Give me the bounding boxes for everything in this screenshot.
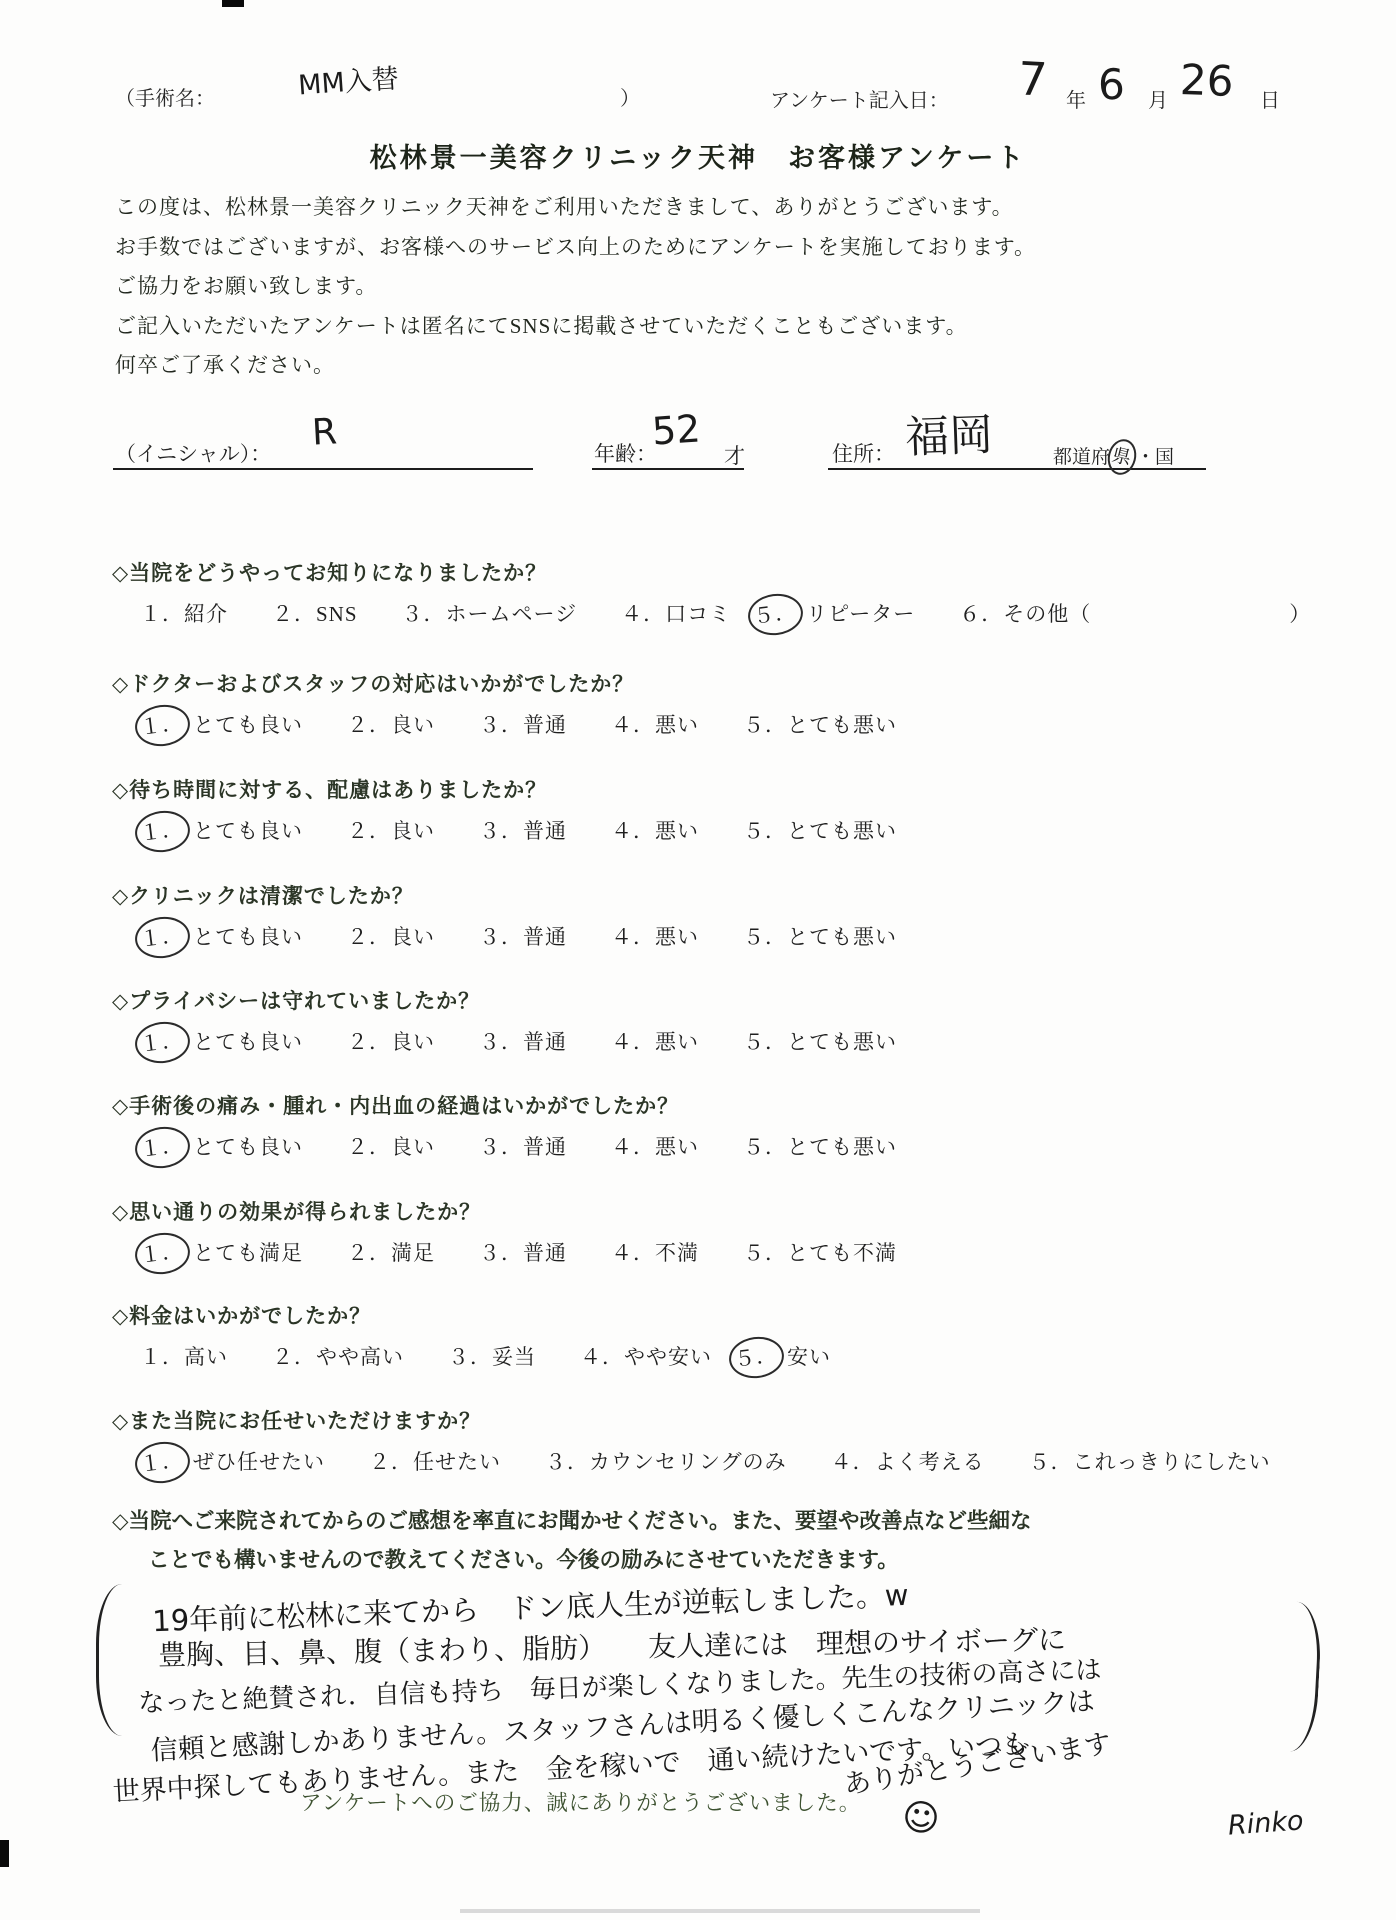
address-value: 福岡 [904,398,994,465]
circled-answer: １． [133,808,193,855]
circled-answer: ５． [746,591,806,638]
question-options: １．とても良い ２．良い ３．普通 ４．悪い ５．とても悪い [140,815,897,846]
question-options: １．とても満足 ２．満足 ３．普通 ４．不満 ５．とても不満 [140,1237,897,1268]
options-after: リピーター ６．その他（ ） [806,602,1311,626]
survey-scan-page: （手術名： MM入替 ） アンケート記入日： 7 年 6 月 26 日 松林景一… [0,0,1396,1920]
question-heading: ◇プライバシーは守れていましたか？ [112,985,480,1015]
intro-line: この度は、松林景一美容クリニック天神をご利用いただきまして、ありがとうございます… [115,188,1036,228]
surgery-name-close-paren: ） [620,82,640,111]
handwritten-signature: Rinko [1227,1805,1305,1841]
options-before: １．高い ２．やや高い ３．妥当 ４．やや安い [140,1345,734,1369]
intro-paragraph: この度は、松林景一美容クリニック天神をご利用いただきまして、ありがとうございます… [115,188,1036,386]
page-title: 松林景一美容クリニック天神 お客様アンケート [0,136,1396,175]
age-label: 年齢： [594,438,657,468]
address-label: 住所： [832,438,895,468]
question-options: １．ぜひ任せたい ２．任せたい ３．カウンセリングのみ ４．よく考える ５．これ… [140,1446,1271,1477]
survey-date-day-value: 26 [1179,55,1234,106]
intro-line: 何卒ご了承ください。 [115,346,1036,386]
scan-artifact-top [222,0,244,7]
question-options: １．高い ２．やや高い ３．妥当 ４．やや安い ５．安い [140,1341,831,1372]
question-options: １．とても良い ２．良い ３．普通 ４．悪い ５．とても悪い [140,1131,897,1162]
intro-line: ご記入いただいたアンケートは匿名にてSNSに掲載させていただくこともございます。 [115,307,1036,347]
scan-artifact-left [0,1840,9,1867]
circled-answer: １． [133,1230,193,1277]
options-after: とても満足 ２．満足 ３．普通 ４．不満 ５．とても不満 [193,1241,897,1265]
hand-drawn-bracket-right [1278,1601,1323,1753]
circled-answer: １． [133,1439,193,1486]
options-after: とても良い ２．良い ３．普通 ４．悪い ５．とても悪い [193,819,897,843]
question-options: １．とても良い ２．良い ３．普通 ４．悪い ５．とても悪い [140,1026,897,1057]
circled-answer: １． [133,1124,193,1171]
question-heading: ◇ドクターおよびスタッフの対応はいかがでしたか？ [112,668,634,698]
region-after: ・国 [1136,447,1174,468]
surgery-name-value: MM入替 [297,57,400,103]
options-after: とても良い ２．良い ３．普通 ４．悪い ５．とても悪い [193,1030,897,1054]
hand-drawn-bracket-left [96,1584,133,1736]
circled-answer: １． [133,702,193,749]
survey-date-month-unit: 月 [1148,84,1168,113]
question-heading: ◇待ち時間に対する、配慮はありましたか？ [112,774,547,804]
printed-closing-line: アンケートへのご協力、誠にありがとうございました。 [300,1786,861,1817]
region-before: 都道府 [1053,447,1110,468]
comment-prompt-line: ◇当院へご来院されてからのご感想を率直にお聞かせください。また、要望や改善点など… [112,1504,1032,1535]
question-heading: ◇思い通りの効果が得られましたか？ [112,1196,481,1226]
options-after: とても良い ２．良い ３．普通 ４．悪い ５．とても悪い [193,925,897,949]
survey-date-year-value: 7 [1017,51,1049,106]
question-heading: ◇クリニックは清潔でしたか？ [112,880,414,910]
survey-date-month-value: 6 [1097,60,1125,110]
question-heading: ◇料金はいかがでしたか？ [112,1300,371,1330]
comment-prompt-line: ことでも構いませんので教えてください。今後の励みにさせていただきます。 [148,1543,899,1574]
surgery-name-label: （手術名： [115,82,215,111]
question-heading: ◇当院をどうやってお知りになりましたか？ [112,557,547,587]
circled-answer: １． [133,1019,193,1066]
age-underline [592,468,744,470]
scan-artifact-bottom [460,1909,980,1913]
initial-label: （イニシャル）： [115,438,271,468]
options-after: とても良い ２．良い ３．普通 ４．悪い ５．とても悪い [193,713,897,737]
options-after: ぜひ任せたい ２．任せたい ３．カウンセリングのみ ４．よく考える ５．これっき… [193,1450,1271,1474]
survey-date-year-unit: 年 [1066,84,1086,113]
age-value: 52 [651,406,702,453]
question-heading: ◇手術後の痛み・腫れ・内出血の経過はいかがでしたか？ [112,1090,679,1120]
region-label: 都道府県・国 [1053,442,1174,470]
options-after: とても良い ２．良い ３．普通 ４．悪い ５．とても悪い [193,1135,897,1159]
question-options: １．とても良い ２．良い ３．普通 ４．悪い ５．とても悪い [140,709,897,740]
intro-line: ご協力をお願い致します。 [115,267,1036,307]
age-unit: 才 [724,440,745,470]
circled-answer: １． [133,914,193,961]
survey-date-day-unit: 日 [1260,84,1280,113]
options-before: １．紹介 ２．SNS ３．ホームページ ４．口コミ [140,602,753,626]
intro-line: お手数ではございますが、お客様へのサービス向上のためにアンケートを実施しておりま… [115,228,1036,268]
question-options: １．紹介 ２．SNS ３．ホームページ ４．口コミ ５．リピーター ６．その他（… [140,598,1311,629]
survey-date-label: アンケート記入日： [770,84,949,113]
question-heading: ◇また当院にお任せいただけますか？ [112,1405,481,1435]
circled-answer: ５． [727,1334,787,1381]
options-after: 安い [787,1345,831,1369]
question-options: １．とても良い ２．良い ３．普通 ４．悪い ５．とても悪い [140,921,897,952]
smiley-doodle-icon: ☺ [899,1796,942,1842]
initial-value: R [311,411,338,453]
initial-underline [113,468,533,470]
region-circled-answer: 県 [1104,436,1140,478]
